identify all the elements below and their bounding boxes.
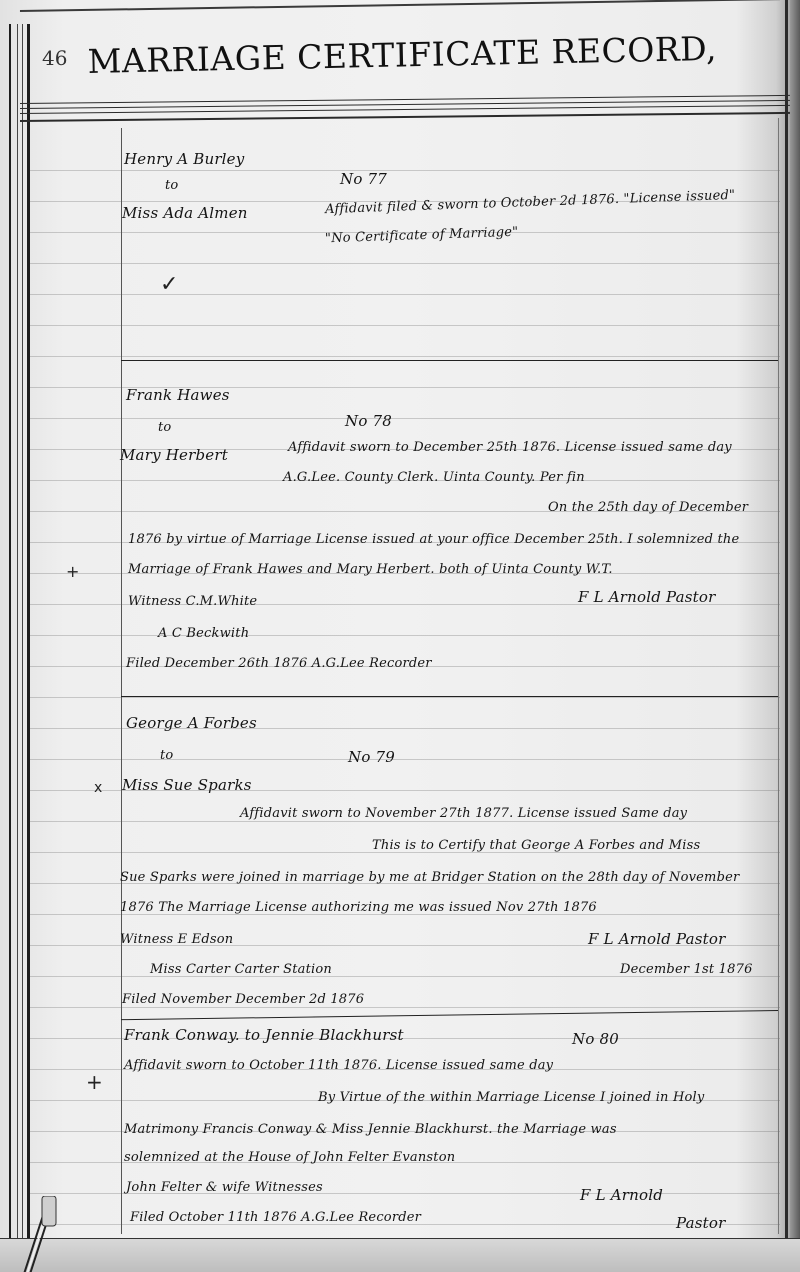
bride-name: Miss Sue Sparks <box>122 776 252 794</box>
certificate-line: 1876 The Marriage License authorizing me… <box>120 900 597 915</box>
certificate-date: December 1st 1876 <box>620 962 753 977</box>
x-mark-icon: x <box>94 780 102 796</box>
groom-name: Henry A Burley <box>124 150 244 168</box>
entry-divider <box>121 360 778 361</box>
witness-line: Witness E Edson <box>120 932 233 947</box>
witness-line: John Felter & wife Witnesses <box>126 1180 323 1195</box>
entry-number: No 77 <box>340 170 387 188</box>
clerk-line: A.G.Lee. County Clerk. Uinta County. Per… <box>283 470 585 485</box>
bride-name: Miss Ada Almen <box>122 204 248 222</box>
page-title: MARRIAGE CERTIFICATE RECORD, <box>87 29 717 81</box>
witness-line: Miss Carter Carter Station <box>150 962 332 977</box>
page-edge-rule <box>785 0 788 1272</box>
officiant-title: Pastor <box>676 1214 726 1232</box>
cross-mark-icon: + <box>86 1070 103 1094</box>
entry-number: No 79 <box>348 748 395 766</box>
top-rule <box>20 0 780 16</box>
entry-number: No 78 <box>345 412 392 430</box>
certificate-line: By Virtue of the within Marriage License… <box>318 1090 704 1105</box>
certificate-line: On the 25th day of December <box>548 500 748 515</box>
pen-icon <box>18 1196 58 1272</box>
witness-line: A C Beckwith <box>158 626 249 641</box>
margin-line <box>121 128 122 1234</box>
to-label: to <box>165 178 178 193</box>
ledger-page: 46 MARRIAGE CERTIFICATE RECORD, Henry A … <box>0 0 800 1272</box>
bride-name: Mary Herbert <box>120 446 228 464</box>
right-margin-line <box>778 118 779 1234</box>
cross-mark-icon: + <box>66 562 79 581</box>
page-bottom-edge <box>0 1238 800 1272</box>
certificate-line: 1876 by virtue of Marriage License issue… <box>128 532 739 547</box>
book-spine <box>790 0 800 1272</box>
affidavit-line: Affidavit sworn to November 27th 1877. L… <box>240 806 687 821</box>
groom-name: Frank Hawes <box>126 386 230 404</box>
header-rule <box>20 95 790 104</box>
groom-name: George A Forbes <box>126 714 257 732</box>
witness-line: Witness C.M.White <box>128 594 257 609</box>
binding-rule <box>9 24 11 1242</box>
officiant-signature: F L Arnold Pastor <box>588 930 725 948</box>
parties-line: Frank Conway. to Jennie Blackhurst <box>124 1026 404 1044</box>
page-number: 46 <box>42 46 67 70</box>
certificate-line: Sue Sparks were joined in marriage by me… <box>120 870 739 885</box>
officiant-signature: F L Arnold <box>580 1186 663 1204</box>
binding-rule <box>17 24 18 1242</box>
certificate-line: Matrimony Francis Conway & Miss Jennie B… <box>124 1122 617 1137</box>
certificate-line: Marriage of Frank Hawes and Mary Herbert… <box>128 562 613 577</box>
check-mark-icon: ✓ <box>160 272 178 297</box>
filed-line: Filed December 26th 1876 A.G.Lee Recorde… <box>126 656 432 671</box>
entry-number: No 80 <box>572 1030 619 1048</box>
officiant-signature: F L Arnold Pastor <box>578 588 715 606</box>
to-label: to <box>158 420 171 435</box>
to-label: to <box>160 748 173 763</box>
entry-divider <box>121 696 778 697</box>
certificate-line: This is to Certify that George A Forbes … <box>372 838 700 853</box>
filed-line: Filed November December 2d 1876 <box>122 992 364 1007</box>
binding-rule <box>22 24 23 1242</box>
filed-line: Filed October 11th 1876 A.G.Lee Recorder <box>130 1210 421 1225</box>
affidavit-line: Affidavit sworn to December 25th 1876. L… <box>288 440 732 455</box>
certificate-line: solemnized at the House of John Felter E… <box>124 1150 455 1165</box>
affidavit-line: Affidavit sworn to October 11th 1876. Li… <box>124 1058 553 1073</box>
header-rule <box>20 112 790 122</box>
